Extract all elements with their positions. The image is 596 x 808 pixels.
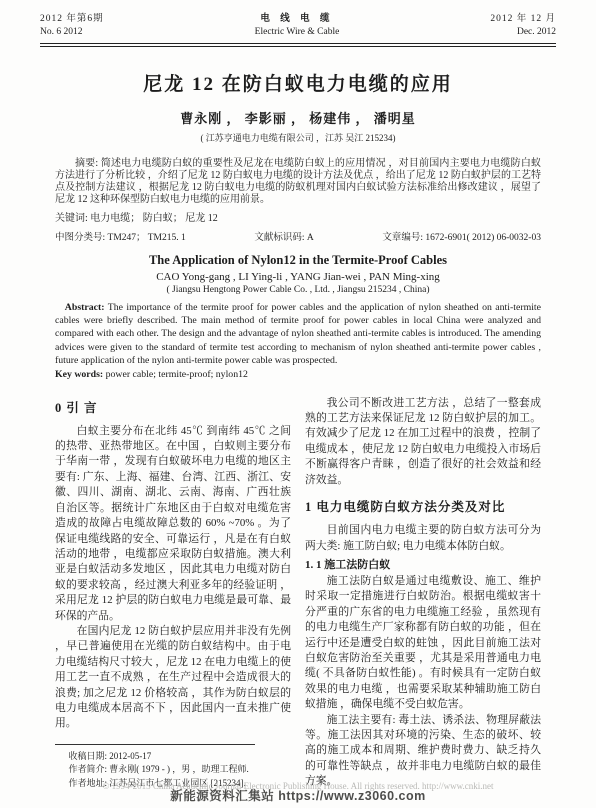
clc-number: 中图分类号: TM247； TM215. 1 <box>55 229 186 243</box>
article-title-en: The Application of Nylon12 in the Termit… <box>0 253 596 268</box>
abstract-en-text: The importance of the termite proof for … <box>55 302 541 367</box>
keywords-en-text: power cable; termite-proof; nylon12 <box>103 369 248 380</box>
intro-paragraph-1: 白蚁主要分布在北纬 45℃ 到南纬 45℃ 之间的热带、亚热带地区。在中国 ，白… <box>55 424 291 624</box>
footnote-received-date: 收稿日期: 2012-05-17 <box>55 750 291 764</box>
date-cn: 2012 年 12 月 <box>490 13 556 26</box>
keywords-cn-text: 电力电缆； 防白蚁； 尼龙 12 <box>88 213 218 224</box>
section-0-heading: 0 引 言 <box>55 398 291 416</box>
affiliation-cn: ( 江苏亨通电力电缆有限公司 ，江苏 吴江 215234) <box>0 131 596 144</box>
section-1-1-paragraph-1: 施工法防白蚁是通过电缆敷设、施工、维护时采取一定措施进行白蚁防治。根据电缆蚁害十… <box>305 574 541 713</box>
body-columns: 0 引 言 白蚁主要分布在北纬 45℃ 到南纬 45℃ 之间的热带、亚热带地区。… <box>55 396 541 791</box>
section-1-1-paragraph-2: 施工法主要有: 毒土法、诱杀法、物理屏蔽法等。施工法因其对环境的污染、生态的破坏… <box>305 713 541 790</box>
abstract-cn: 摘要: 简述电力电缆防白蚁的重要性及尼龙在电缆防白蚁上的应用情况 ，对目前国内主… <box>55 158 541 206</box>
section-1-heading: 1 电力电缆防白蚁方法分类及对比 <box>305 497 541 515</box>
issue-en: No. 6 2012 <box>40 26 104 39</box>
classification-row: 中图分类号: TM247； TM215. 1 文献标识码: A 文章编号: 16… <box>55 229 541 243</box>
header-date: 2012 年 12 月 Dec. 2012 <box>490 13 556 39</box>
company-paragraph: 我公司不断改进工艺方法 ，总结了一整套成熟的工艺方法来保证尼龙 12 防白蚁护层… <box>305 396 541 488</box>
z3060-site-watermark: 新能源资料汇集站 https://www.z3060.com <box>0 786 596 804</box>
footnote-author-bio: 作者简介: 曹永刚( 1979 - ) ，男 ，助理工程师. <box>55 763 291 777</box>
authors-en: CAO Yong-gang , LI Ying-li , YANG Jian-w… <box>0 271 596 283</box>
document-code: 文献标识码: A <box>254 229 313 243</box>
date-en: Dec. 2012 <box>490 26 556 39</box>
article-title-cn: 尼龙 12 在防白蚁电力电缆的应用 <box>0 69 596 96</box>
keywords-cn-label: 关键词: <box>55 213 88 224</box>
abstract-cn-label: 摘要: <box>75 158 98 169</box>
issue-cn: 2012 年第6期 <box>40 13 104 26</box>
keywords-cn: 关键词: 电力电缆； 防白蚁； 尼龙 12 <box>55 209 541 224</box>
section-1-paragraph: 目前国内电力电缆主要的防白蚁方法可分为两大类: 施工防白蚁; 电力电缆本体防白蚁… <box>305 523 541 554</box>
header-divider <box>40 43 556 47</box>
footnote-divider <box>55 744 255 745</box>
journal-name-en: Electric Wire & Cable <box>255 26 340 39</box>
intro-paragraph-2: 在国内尼龙 12 防白蚁护层应用并非没有先例 ，早已普遍使用在光缆的防白蚁结构中… <box>55 624 291 732</box>
header-journal: 电 线 电 缆 Electric Wire & Cable <box>255 13 340 39</box>
authors-cn: 曹永刚 ， 李影丽 ， 杨建伟 ， 潘明星 <box>0 108 596 127</box>
abstract-en-label: Abstract: <box>65 302 105 313</box>
left-column: 0 引 言 白蚁主要分布在北纬 45℃ 到南纬 45℃ 之间的热带、亚热带地区。… <box>55 396 291 791</box>
section-1-1-heading: 1. 1 施工法防白蚁 <box>305 556 541 572</box>
page-header: 2012 年第6期 No. 6 2012 电 线 电 缆 Electric Wi… <box>40 13 556 39</box>
right-column: 我公司不断改进工艺方法 ，总结了一整套成熟的工艺方法来保证尼龙 12 防白蚁护层… <box>305 396 541 791</box>
article-id: 文章编号: 1672-6901( 2012) 06-0032-03 <box>382 229 541 243</box>
abstract-en: Abstract: The importance of the termite … <box>55 301 541 368</box>
keywords-en-label: Key words: <box>55 369 103 380</box>
header-issue: 2012 年第6期 No. 6 2012 <box>40 13 104 39</box>
abstract-cn-text: 简述电力电缆防白蚁的重要性及尼龙在电缆防白蚁上的应用情况 ，对目前国内主要电力电… <box>55 158 541 205</box>
affiliation-en: ( Jiangsu Hengtong Power Cable Co. , Ltd… <box>0 285 596 295</box>
journal-name-cn: 电 线 电 缆 <box>255 13 340 26</box>
keywords-en: Key words: power cable; termite-proof; n… <box>55 369 541 380</box>
journal-page: 2012 年第6期 No. 6 2012 电 线 电 缆 Electric Wi… <box>0 0 596 808</box>
